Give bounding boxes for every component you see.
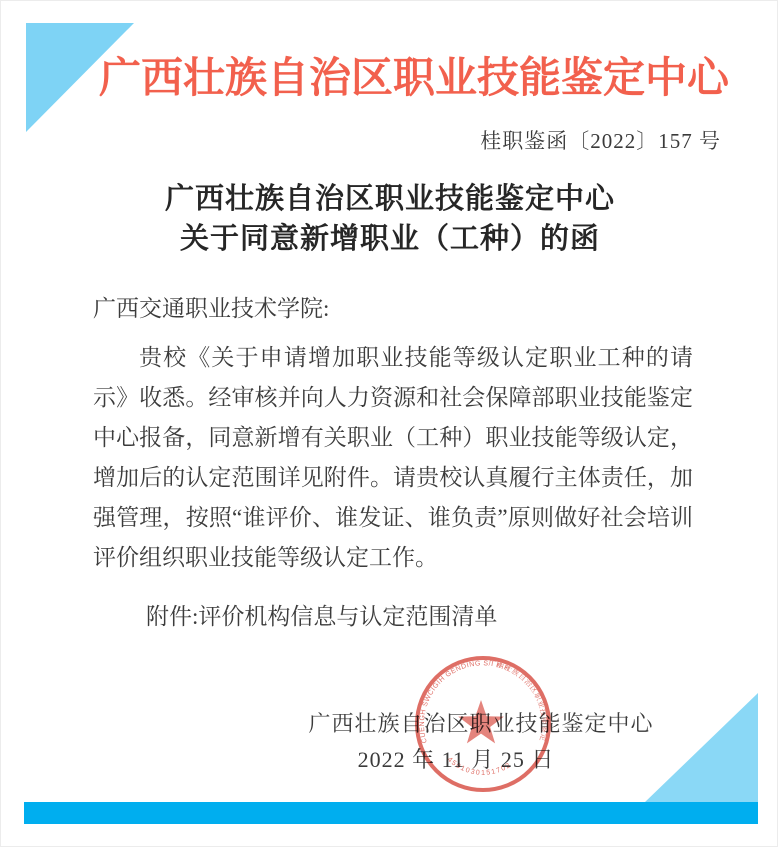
document-title-line-2: 关于同意新增职业（工种）的函 — [1, 219, 778, 259]
document-number: 桂职鉴函〔2022〕157 号 — [480, 125, 721, 155]
document-title-line-1: 广西壮族自治区职业技能鉴定中心 — [1, 179, 778, 219]
seal-ring-text-latin-wrap: CUENGH SWCIGIH GENDING S I N H — [419, 660, 511, 744]
seal-star-icon — [458, 700, 504, 743]
seal-serial-number-wrap: 4501030151702 — [446, 756, 513, 777]
seal-serial-number: 4501030151702 — [446, 756, 513, 777]
masthead-org-name: 广西壮族自治区职业技能鉴定中心 — [99, 45, 739, 105]
official-seal-stamp: CUENGH SWCIGIH GENDING S I N H 广西壮族自治区职业… — [408, 649, 558, 799]
attachment-note: 附件:评价机构信息与认定范围清单 — [146, 597, 497, 637]
salutation: 广西交通职业技术学院: — [93, 289, 329, 329]
seal-ring-text-latin: CUENGH SWCIGIH GENDING S I N H — [419, 660, 511, 744]
document-title: 广西壮族自治区职业技能鉴定中心 关于同意新增职业（工种）的函 — [1, 179, 778, 259]
bottom-bar-decoration — [24, 802, 758, 824]
letter-page: 广西壮族自治区职业技能鉴定中心 桂职鉴函〔2022〕157 号 广西壮族自治区职… — [0, 0, 778, 847]
body-paragraph: 贵校《关于申请增加职业技能等级认定职业工种的请示》收悉。经审核并向人力资源和社会… — [93, 338, 693, 578]
